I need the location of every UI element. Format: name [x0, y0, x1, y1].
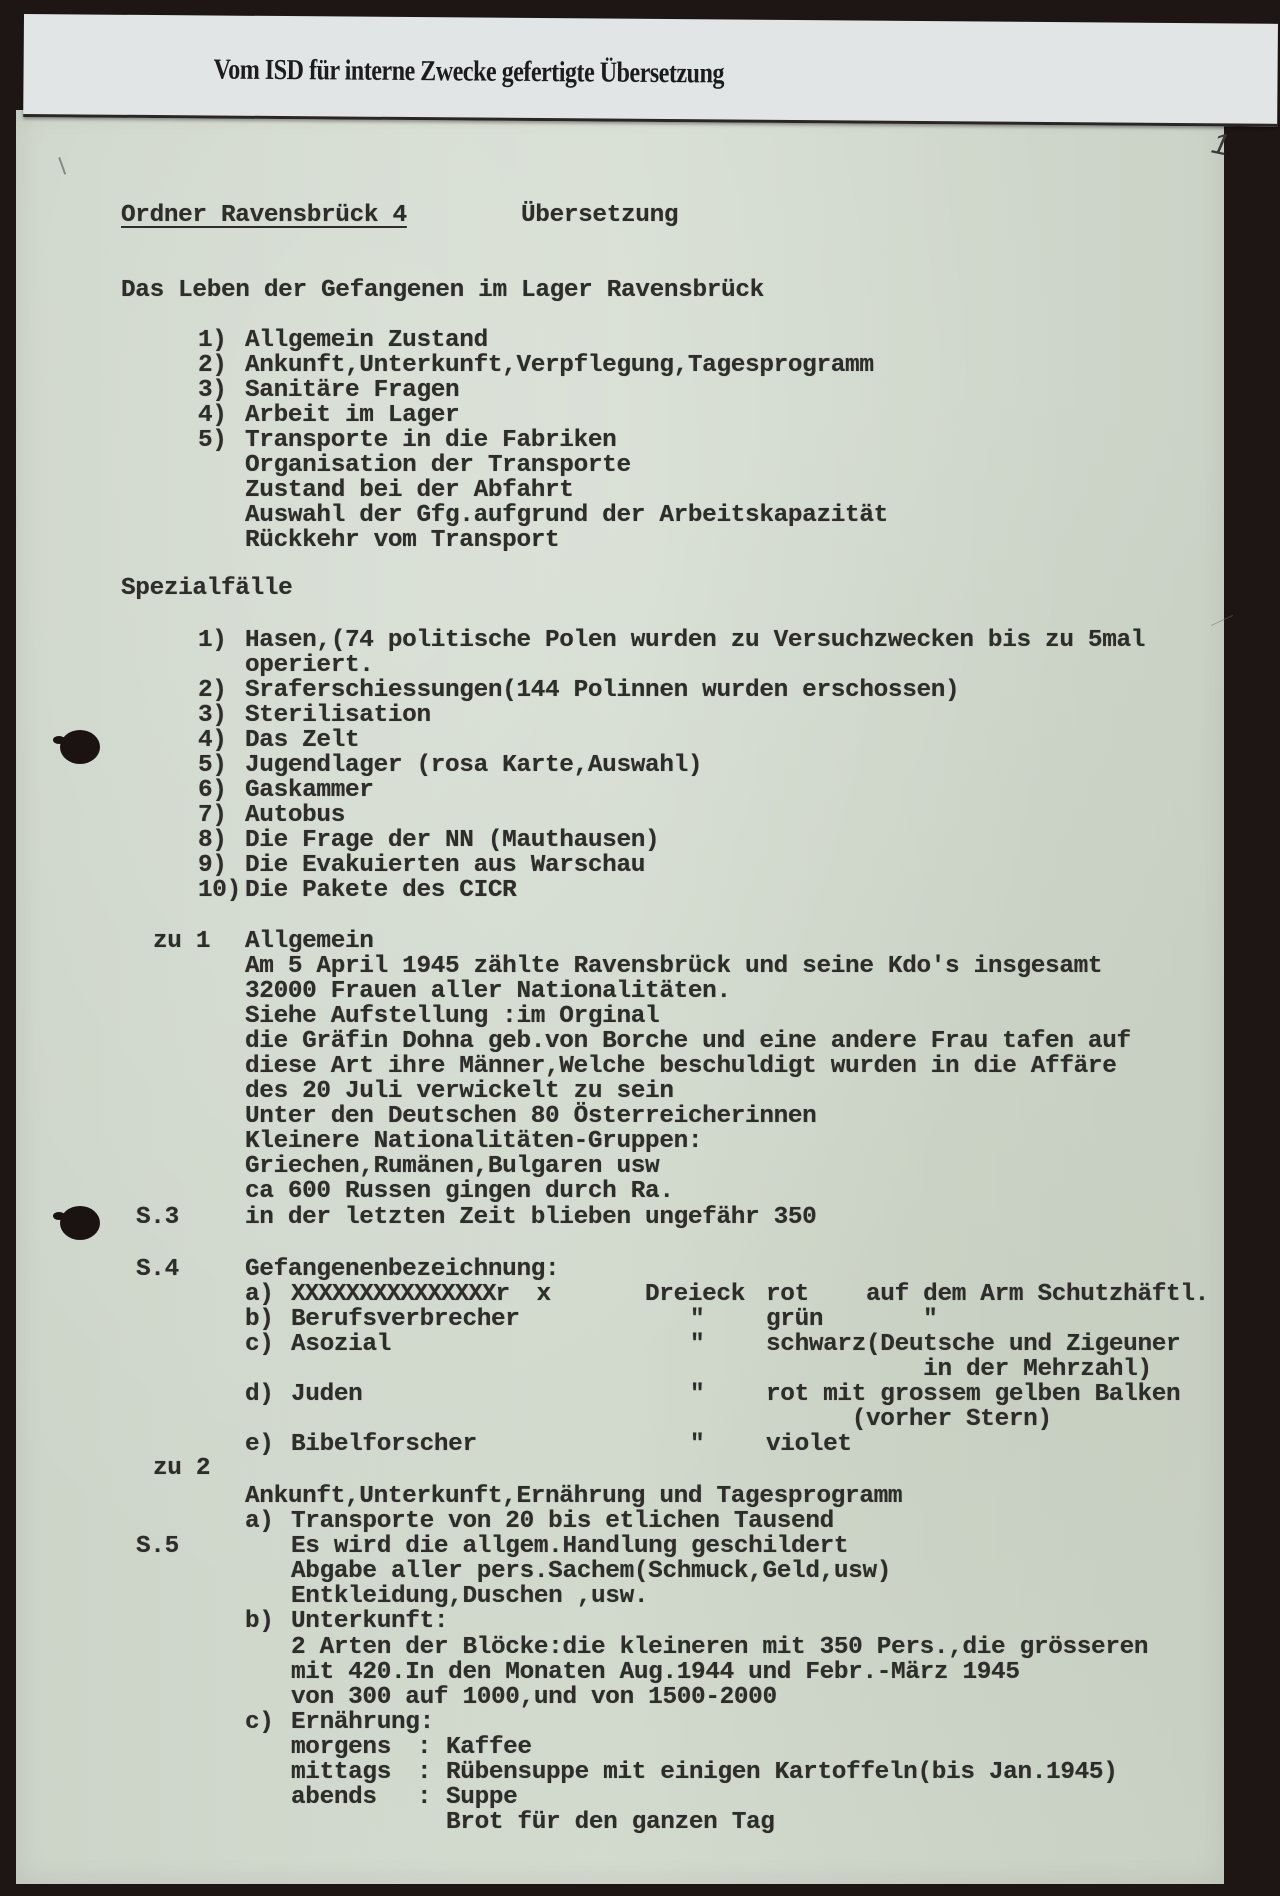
special-case-item: Die Pakete des CICR: [245, 878, 516, 903]
item-a-line: Entkleidung,Duschen ,usw.: [291, 1584, 648, 1609]
special-case-number: 7): [198, 803, 227, 828]
special-case-item: Sterilisation: [245, 703, 431, 728]
designation-marker: ": [690, 1307, 704, 1332]
special-case-number: 5): [198, 753, 227, 778]
item-a-text: Transporte von 20 bis etlichen Tausend: [291, 1509, 834, 1534]
s4-heading: Gefangenenbezeichnung:: [245, 1257, 559, 1282]
section-1-line: Griechen,Rumänen,Bulgaren usw: [245, 1154, 659, 1179]
punch-hole-mark-top: [60, 730, 100, 764]
special-case-item: Autobus: [245, 803, 345, 828]
special-case-number: 2): [198, 678, 227, 703]
meal-time: abends: [291, 1785, 391, 1810]
special-case-item: Die Frage der NN (Mauthausen): [245, 828, 659, 853]
section-2-heading: Ankunft,Unterkunft,Ernährung und Tagespr…: [245, 1484, 902, 1509]
designation-color: rot auf dem Arm Schutzhäftl.: [766, 1282, 1209, 1307]
special-case-number: 4): [198, 728, 227, 753]
punch-hole-mark-bottom: [60, 1206, 100, 1240]
toc-item: Rückkehr vom Transport: [245, 528, 559, 553]
section-1-line: Kleinere Nationalitäten-Gruppen:: [245, 1129, 702, 1154]
designation-category: Bibelforscher: [291, 1432, 477, 1457]
special-case-number: 1): [198, 628, 227, 653]
toc-item: Transporte in die Fabriken: [245, 428, 616, 453]
translation-header-strip: Vom ISD für interne Zwecke gefertigte Üb…: [23, 14, 1278, 127]
section-1-label: zu 1: [153, 929, 210, 954]
main-heading: Das Leben der Gefangenen im Lager Ravens…: [121, 278, 764, 303]
designation-marker: ": [690, 1332, 704, 1357]
toc-item: Auswahl der Gfg.aufgrund der Arbeitskapa…: [245, 503, 888, 528]
toc-item: Allgemein Zustand: [245, 328, 488, 353]
header-note: Vom ISD für interne Zwecke gefertigte Üb…: [213, 53, 724, 90]
special-case-number: 3): [198, 703, 227, 728]
item-c-heading: Ernährung:: [291, 1710, 434, 1735]
special-case-number: 9): [198, 853, 227, 878]
section-1-line: ca 600 Russen gingen durch Ra.: [245, 1179, 674, 1204]
toc-number: 4): [198, 403, 227, 428]
folder-title: Ordner Ravensbrück 4: [121, 203, 407, 228]
special-case-item: Gaskammer: [245, 778, 374, 803]
item-b-letter: b): [245, 1609, 274, 1634]
designation-marker: ": [690, 1382, 704, 1407]
meal-food: Kaffee: [446, 1735, 532, 1760]
bread-note: Brot für den ganzen Tag: [446, 1810, 775, 1835]
special-cases-heading: Spezialfälle: [121, 576, 292, 601]
designation-letter: c): [245, 1332, 274, 1357]
toc-number: 3): [198, 378, 227, 403]
item-a-letter: a): [245, 1509, 274, 1534]
designation-color: violet: [766, 1432, 852, 1457]
toc-item: Zustand bei der Abfahrt: [245, 478, 574, 503]
meal-separator: :: [417, 1760, 431, 1785]
s4-label: S.4: [136, 1257, 179, 1282]
section-1-line: des 20 Juli verwickelt zu sein: [245, 1079, 674, 1104]
section-1-line: die Gräfin Dohna geb.von Borche und eine…: [245, 1029, 1131, 1054]
translation-label: Übersetzung: [521, 203, 678, 228]
meal-food: Suppe: [446, 1785, 517, 1810]
designation-letter: a): [245, 1282, 274, 1307]
special-case-number: 10): [198, 878, 241, 903]
toc-number: 2): [198, 353, 227, 378]
special-case-item: Hasen,(74 politische Polen wurden zu Ver…: [245, 628, 1145, 653]
designation-letter: e): [245, 1432, 274, 1457]
toc-item: Organisation der Transporte: [245, 453, 631, 478]
special-case-number: 6): [198, 778, 227, 803]
designation-color: schwarz(Deutsche und Zigeuner: [766, 1332, 1180, 1357]
item-b-line: 2 Arten der Blöcke:die kleineren mit 350…: [291, 1635, 1148, 1660]
designation-marker: ": [690, 1432, 704, 1457]
designation-letter: b): [245, 1307, 274, 1332]
meal-food: Rübensuppe mit einigen Kartoffeln(bis Ja…: [446, 1760, 1117, 1785]
designation-category: Asozial: [291, 1332, 391, 1357]
special-case-item: Das Zelt: [245, 728, 359, 753]
designation-marker: Dreieck: [645, 1282, 745, 1307]
special-case-item: Die Evakuierten aus Warschau: [245, 853, 645, 878]
item-b-line: mit 420.In den Monaten Aug.1944 und Febr…: [291, 1660, 1020, 1685]
designation-color: grün ": [766, 1307, 937, 1332]
section-1-line: 32000 Frauen aller Nationalitäten.: [245, 979, 731, 1004]
section-1-line: Unter den Deutschen 80 Österreicherinnen: [245, 1104, 816, 1129]
designation-category: Berufsverbrecher: [291, 1307, 520, 1332]
toc-item: Ankunft,Unterkunft,Verpflegung,Tagesprog…: [245, 353, 874, 378]
section-1-line: Am 5 April 1945 zählte Ravensbrück und s…: [245, 954, 1102, 979]
toc-number: 1): [198, 328, 227, 353]
item-a-line: Es wird die allgem.Handlung geschildert: [291, 1534, 848, 1559]
toc-item: Arbeit im Lager: [245, 403, 459, 428]
item-b-heading: Unterkunft:: [291, 1609, 448, 1634]
special-case-item: Sraferschiessungen(144 Polinnen wurden e…: [245, 678, 959, 703]
s3-text: in der letzten Zeit blieben ungefähr 350: [245, 1205, 816, 1230]
meal-time: mittags: [291, 1760, 391, 1785]
designation-color: rot mit grossem gelben Balken: [766, 1382, 1180, 1407]
item-b-line: von 300 auf 1000,und von 1500-2000: [291, 1685, 777, 1710]
designation-color: in der Mehrzahl): [766, 1357, 1152, 1382]
designation-category: Juden: [291, 1382, 362, 1407]
meal-time: morgens: [291, 1735, 391, 1760]
special-case-item: Jugendlager (rosa Karte,Auswahl): [245, 753, 702, 778]
designation-category: XXXXXXXXXXXXXXXr x: [291, 1282, 550, 1307]
meal-separator: :: [417, 1735, 431, 1760]
item-a-line: Abgabe aller pers.Sachem(Schmuck,Geld,us…: [291, 1559, 891, 1584]
s5-label: S.5: [136, 1534, 179, 1559]
section-1-line: Allgemein: [245, 929, 374, 954]
s3-label: S.3: [136, 1205, 179, 1230]
toc-number: 5): [198, 428, 227, 453]
section-1-line: diese Art ihre Männer,Welche beschuldigt…: [245, 1054, 1117, 1079]
designation-color: (vorher Stern): [766, 1407, 1052, 1432]
section-1-line: Siehe Aufstellung :im Orginal: [245, 1004, 659, 1029]
section-2-label: zu 2: [153, 1456, 210, 1481]
meal-separator: :: [417, 1785, 431, 1810]
designation-letter: d): [245, 1382, 274, 1407]
special-case-number: 8): [198, 828, 227, 853]
special-case-item: operiert.: [245, 653, 374, 678]
toc-item: Sanitäre Fragen: [245, 378, 459, 403]
item-c-letter: c): [245, 1710, 274, 1735]
